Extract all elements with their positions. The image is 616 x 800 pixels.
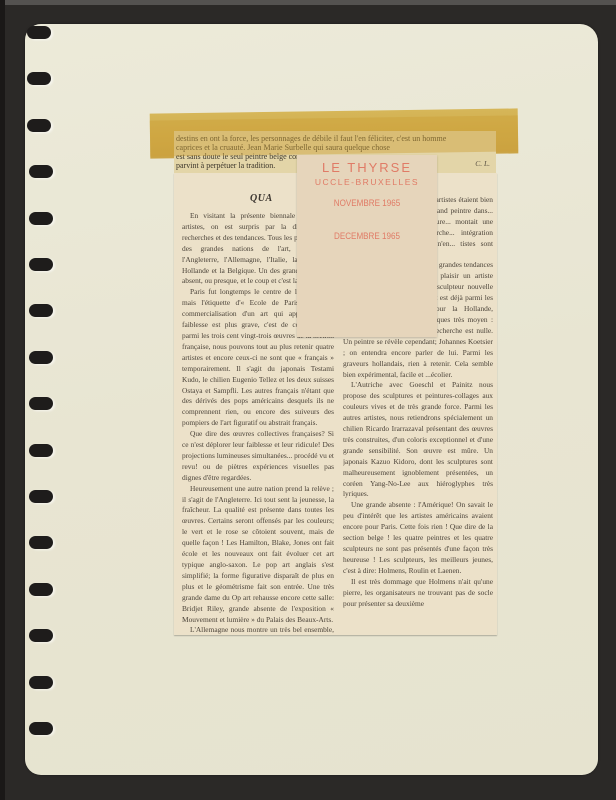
binder-hole bbox=[29, 722, 53, 735]
binder-hole bbox=[29, 212, 53, 225]
binder-hole bbox=[29, 444, 53, 457]
binder-hole bbox=[27, 26, 51, 39]
binder-hole bbox=[29, 165, 53, 178]
stamp-publication: LE THYRSE bbox=[297, 160, 437, 175]
stamp-date-1: NOVEMBRE 1965 bbox=[308, 198, 427, 209]
binder-hole bbox=[29, 629, 53, 642]
scan-frame-top bbox=[0, 0, 616, 5]
stamp-date-2: DECEMBRE 1965 bbox=[308, 231, 427, 242]
paragraph: Il est très dommage que Holmens n'ait qu… bbox=[343, 577, 493, 610]
article-title: QUA bbox=[250, 193, 273, 204]
clipping-signature: C. L. bbox=[475, 159, 490, 168]
paragraph: Heureusement une autre nation prend la r… bbox=[182, 484, 334, 626]
binder-hole bbox=[29, 536, 53, 549]
binder-hole bbox=[29, 258, 53, 271]
scan-frame-left bbox=[0, 0, 5, 800]
paragraph: L'Allemagne nous montre un très bel ense… bbox=[182, 625, 334, 635]
stamp-location: UCCLE-BRUXELLES bbox=[297, 177, 437, 187]
binder-hole bbox=[29, 583, 53, 596]
binder-hole bbox=[29, 304, 53, 317]
publication-stamp-slip: LE THYRSE UCCLE-BRUXELLES NOVEMBRE 1965 … bbox=[297, 155, 437, 337]
paragraph: Une grande absente : l'Amérique! On sava… bbox=[343, 500, 493, 576]
binder-hole bbox=[29, 490, 53, 503]
paragraph: Que dire des œuvres collectives français… bbox=[182, 429, 334, 484]
binder-hole bbox=[27, 72, 51, 85]
binder-hole bbox=[29, 676, 53, 689]
binder-hole bbox=[27, 119, 51, 132]
clipping-line: parvint à perpétuer la tradition. bbox=[176, 162, 275, 171]
paragraph: L'Autriche avec Goeschl et Painitz nous … bbox=[343, 380, 493, 500]
binder-hole bbox=[29, 351, 53, 364]
binder-hole bbox=[29, 397, 53, 410]
